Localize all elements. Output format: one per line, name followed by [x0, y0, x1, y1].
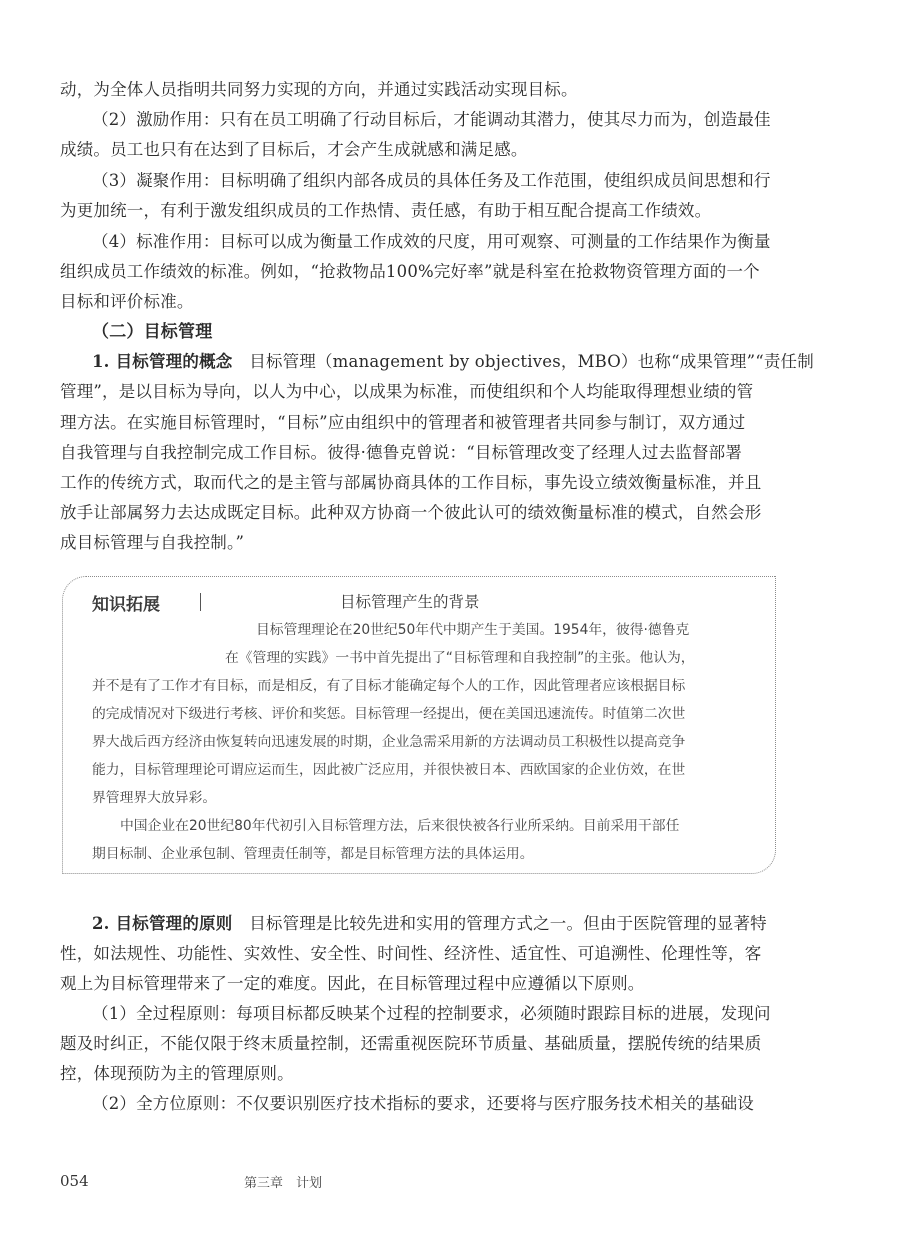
- paragraph-line: 动，为全体人员指明共同努力实现的方向，并通过实践活动实现目标。: [60, 80, 778, 100]
- principle-label: 2. 目标管理的原则: [92, 914, 232, 933]
- paragraph-line: 题及时纠正，不能仅限于终末质量控制，还需重视医院环节质量、基础质量，摆脱传统的结…: [60, 1034, 778, 1054]
- paragraph-line: （1）全过程原则：每项目标都反映某个过程的控制要求，必须随时跟踪目标的进展，发现…: [92, 1004, 778, 1024]
- paragraph-line: （2）激励作用：只有在员工明确了行动目标后，才能调动其潜力，使其尽力而为，创造最…: [92, 110, 778, 130]
- paragraph-line: 理方法。在实施目标管理时，“目标”应由组织中的管理者和被管理者共同参与制订，双方…: [60, 413, 778, 433]
- paragraph-line: 自我管理与自我控制完成工作目标。彼得·德鲁克曾说：“目标管理改变了经理人过去监督…: [60, 443, 778, 463]
- knowledge-box-label: 知识拓展: [92, 590, 160, 615]
- box-line: 目标管理理论在20世纪50年代中期产生于美国。1954年，彼得·德鲁克: [256, 621, 772, 639]
- paragraph-line: 性，如法规性、功能性、实效性、安全性、时间性、经济性、适宜性、可追溯性、伦理性等…: [60, 944, 778, 964]
- knowledge-box-title: 目标管理产生的背景: [340, 590, 480, 612]
- section-heading: （二）目标管理: [92, 322, 778, 342]
- principle-text: 目标管理是比较先进和实用的管理方式之一。但由于医院管理的显著特: [249, 914, 767, 933]
- paragraph-line: 成目标管理与自我控制。”: [60, 533, 778, 553]
- paragraph-line: 观上为目标管理带来了一定的难度。因此，在目标管理过程中应遵循以下原则。: [60, 974, 778, 994]
- concept-label: 1. 目标管理的概念: [92, 352, 232, 371]
- paragraph-line: 放手让部属努力去达成既定目标。此种双方协商一个彼此认可的绩效衡量标准的模式，自然…: [60, 503, 778, 523]
- principle-paragraph-first-line: 2. 目标管理的原则 目标管理是比较先进和实用的管理方式之一。但由于医院管理的显…: [92, 914, 778, 934]
- paragraph-line: （2）全方位原则：不仅要识别医疗技术指标的要求，还要将与医疗服务技术相关的基础设: [92, 1094, 778, 1114]
- paragraph-line: 成绩。员工也只有在达到了目标后，才会产生成就感和满足感。: [60, 140, 778, 160]
- textbook-page: 动，为全体人员指明共同努力实现的方向，并通过实践活动实现目标。 （2）激励作用：…: [0, 0, 900, 1245]
- chapter-title: 第三章 计划: [244, 1172, 322, 1191]
- concept-paragraph-first-line: 1. 目标管理的概念 目标管理（management by objectives…: [92, 352, 778, 372]
- box-line: 的完成情况对下级进行考核、评价和奖惩。目标管理一经提出，便在美国迅速流传。时值第…: [92, 705, 772, 723]
- box-line: 并不是有了工作才有目标，而是相反，有了目标才能确定每个人的工作，因此管理者应该根…: [92, 677, 772, 695]
- title-divider: [200, 593, 201, 611]
- paragraph-line: 为更加统一，有利于激发组织成员的工作热情、责任感，有助于相互配合提高工作绩效。: [60, 201, 778, 221]
- paragraph-line: （3）凝聚作用：目标明确了组织内部各成员的具体任务及工作范围，使组织成员间思想和…: [92, 171, 778, 191]
- paragraph-line: 组织成员工作绩效的标准。例如，“抢救物品100%完好率”就是科室在抢救物资管理方…: [60, 262, 778, 282]
- concept-text: 目标管理（management by objectives，MBO）也称“成果管…: [249, 352, 814, 371]
- box-line: 期目标制、企业承包制、管理责任制等，都是目标管理方法的具体运用。: [92, 845, 772, 863]
- box-line: 界管理界大放异彩。: [92, 789, 772, 807]
- paragraph-line: 目标和评价标准。: [60, 292, 778, 312]
- box-line: 中国企业在20世纪80年代初引入目标管理方法，后来很快被各行业所采纳。目前采用干…: [120, 817, 772, 835]
- box-line: 在《管理的实践》一书中首先提出了“目标管理和自我控制”的主张。他认为，: [225, 649, 772, 667]
- paragraph-line: （4）标准作用：目标可以成为衡量工作成效的尺度，用可观察、可测量的工作结果作为衡…: [92, 232, 778, 252]
- paragraph-line: 控，体现预防为主的管理原则。: [60, 1064, 778, 1084]
- box-line: 能力，目标管理理论可谓应运而生，因此被广泛应用，并很快被日本、西欧国家的企业仿效…: [92, 761, 772, 779]
- page-number: 054: [60, 1172, 89, 1190]
- paragraph-line: 管理”，是以目标为导向，以人为中心，以成果为标准，而使组织和个人均能取得理想业绩…: [60, 382, 778, 402]
- paragraph-line: 工作的传统方式，取而代之的是主管与部属协商具体的工作目标，事先设立绩效衡量标准，…: [60, 473, 778, 493]
- box-line: 界大战后西方经济由恢复转向迅速发展的时期，企业急需采用新的方法调动员工积极性以提…: [92, 733, 772, 751]
